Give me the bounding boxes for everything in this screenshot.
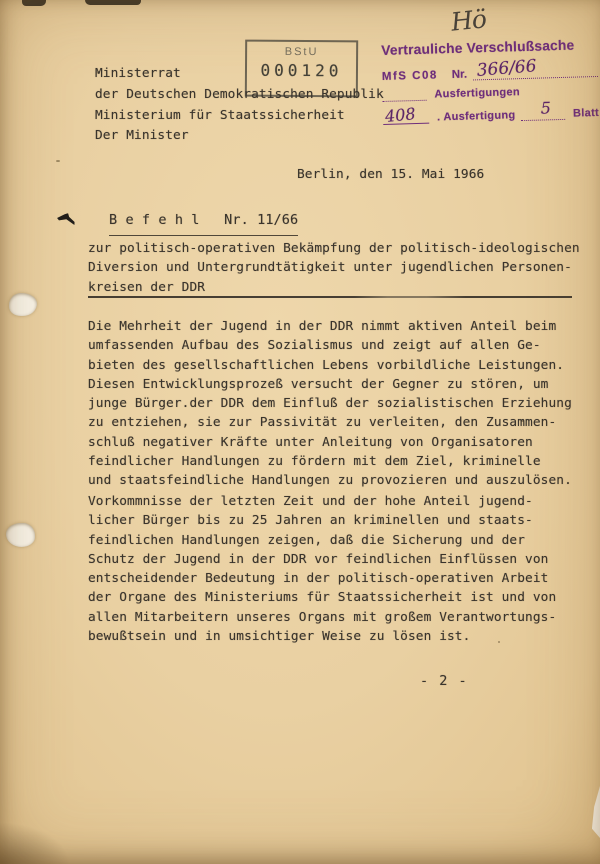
dotted-line: 5 [521, 110, 565, 121]
subject-underline [88, 296, 572, 298]
classification-nr-label: Nr. [452, 69, 468, 81]
handwritten-copy-number: 408 [384, 104, 416, 126]
classification-copies-row: Ausfertigungen [382, 84, 598, 102]
handwritten-vvs-number: 366/66 [476, 56, 537, 81]
classification-nr-line: 366/66 [473, 59, 598, 80]
date-line: Berlin, den 15. Mai 1966 [297, 165, 484, 184]
document-page: Hö BStU 000120 Vertrauliche Verschlußsac… [0, 0, 600, 864]
paper-corner-shadow [0, 822, 70, 864]
sheets-label: Blatt [573, 107, 599, 120]
handwritten-sheet-count: 5 [540, 98, 551, 117]
paper-edge-tear [591, 786, 600, 838]
dotted-line [382, 91, 426, 102]
paper-edge-tear [22, 0, 46, 6]
punch-hole [6, 523, 35, 547]
classification-copy-row: 408 . Ausfertigung 5 Blatt [383, 103, 599, 125]
paper-speck [56, 160, 60, 162]
handwritten-initials: Hö [450, 4, 488, 36]
copy-label: . Ausfertigung [437, 109, 516, 123]
classification-title: Vertrauliche Verschlußsache [381, 37, 597, 58]
paper-edge-tear [85, 0, 141, 5]
order-subject: zur politisch-operativen Bekämpfung der … [88, 239, 580, 297]
page-number: - 2 - [420, 672, 468, 691]
copies-label: Ausfertigungen [434, 86, 520, 100]
body-paragraph-1: Die Mehrheit der Jugend in der DDR nimmt… [88, 317, 572, 491]
classification-stamp: Vertrauliche Verschlußsache MfS C08 Nr. … [381, 37, 599, 125]
letterhead: Ministerrat der Deutschen Demokratischen… [95, 64, 384, 147]
copy-number-line: 408 [383, 108, 429, 125]
bstu-stamp-label: BStU [247, 46, 356, 59]
order-heading: B e f e h l Nr. 11/66 [109, 211, 298, 236]
ink-mark [56, 212, 75, 226]
body-paragraph-2: Vorkommnisse der letzten Zeit und der ho… [88, 492, 556, 646]
classification-org: MfS C08 [382, 69, 438, 83]
punch-hole [9, 293, 37, 316]
classification-number-row: MfS C08 Nr. 366/66 [382, 59, 598, 83]
